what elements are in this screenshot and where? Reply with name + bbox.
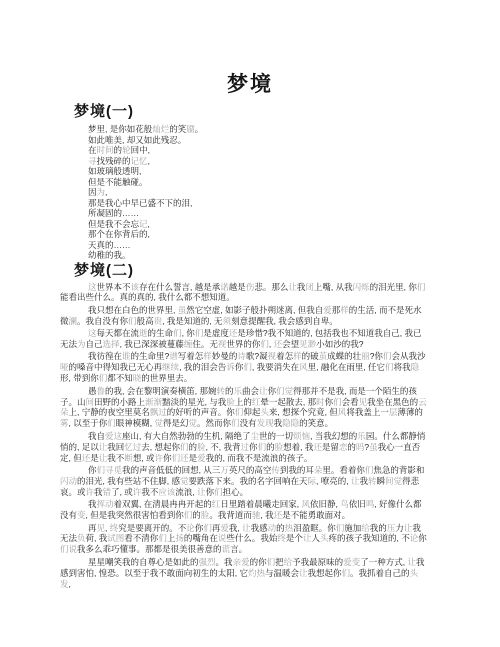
poem-line: 但是不能触碰。: [88, 177, 428, 188]
body-paragraph: 星星嘲笑我的自尊心是如此的强烈。我亲爱的你们把给予我最原味的爱变了一种方式, 让…: [60, 557, 428, 590]
poem-section1: 梦里, 是你如花般灿烂的笑靥。 如此唯美, 却又如此残忍。 在时间的轮回中, 寻…: [88, 124, 428, 261]
poem-line: 所凝固的……: [88, 208, 428, 219]
poem-line: 因为,: [88, 187, 428, 198]
section2-heading: 梦境(二): [74, 261, 428, 281]
poem-line: 天真的……: [88, 240, 428, 251]
poem-line: 如此唯美, 却又如此残忍。: [88, 135, 428, 146]
body-paragraph: 我自爱这座山, 有大自然勃勃的生机, 隔绝了尘世的一切烦恼, 当我幻想的乐园。什…: [60, 431, 428, 464]
body-paragraph: 愚鲁的我, 会在黎明演奏横笛, 那婉转的乐曲会让你们觉得那并不是我, 而是一个陌…: [60, 386, 428, 430]
body-paragraph: 你们寻觅我的声音低低的回想, 从三万英尺的高空传到我的耳朵里。看着你们焦急的背影…: [60, 465, 428, 498]
document-title: 梦境: [0, 72, 500, 98]
body-paragraph: 我彷徨在谁的生命里?谱写着怎样妙曼的诗歌?凝视着怎样的破茧成蝶的壮丽?你们会从我…: [60, 351, 428, 384]
poem-line: 在时间的轮回中,: [88, 145, 428, 156]
poem-line: 幼稚的我。: [88, 250, 428, 261]
poem-line: 如玻璃般透明,: [88, 166, 428, 177]
body-section2: 这世界本不该存在什么誓言, 越是承诺越是伤悲。那么让我闭上嘴, 从我闪烁的泪光里…: [60, 282, 428, 590]
poem-line: 那是我心中早已盛不下的泪,: [88, 198, 428, 209]
poem-line: 寻找残碎的记忆,: [88, 156, 428, 167]
poem-line: 梦里, 是你如花般灿烂的笑靥。: [88, 124, 428, 135]
body-paragraph: 这每天都在流逝的生命们, 你们是虚度还是珍惜?我不知道的, 包括我也不知道我自己…: [60, 328, 428, 350]
section1-heading: 梦境(一): [74, 102, 428, 122]
document-content: 梦境(一) 梦里, 是你如花般灿烂的笑靥。 如此唯美, 却又如此残忍。 在时间的…: [60, 102, 428, 589]
document-page: 梦境 梦境(一) 梦里, 是你如花般灿烂的笑靥。 如此唯美, 却又如此残忍。 在…: [0, 0, 500, 647]
body-paragraph: 这世界本不该存在什么誓言, 越是承诺越是伤悲。那么让我闭上嘴, 从我闪烁的泪光里…: [60, 282, 428, 304]
body-paragraph: 我挥动着双翼, 在清晨冉冉开起的红日里踏着晨曦走回家, 风依旧静, 鸟依旧鸣, …: [60, 499, 428, 521]
poem-line: 那个在你背后的,: [88, 229, 428, 240]
body-paragraph: 我只想在白色的世界里, 虽然它空虚, 如影子般扑朔迷离, 但我自爱那样的生活, …: [60, 305, 428, 327]
poem-line: 但是我不会忘记,: [88, 219, 428, 230]
body-paragraph: 再见, 终究是要离开的。不论你们再爱我, 让我感动的热泪盈眶。你们施加给我的压力…: [60, 523, 428, 556]
